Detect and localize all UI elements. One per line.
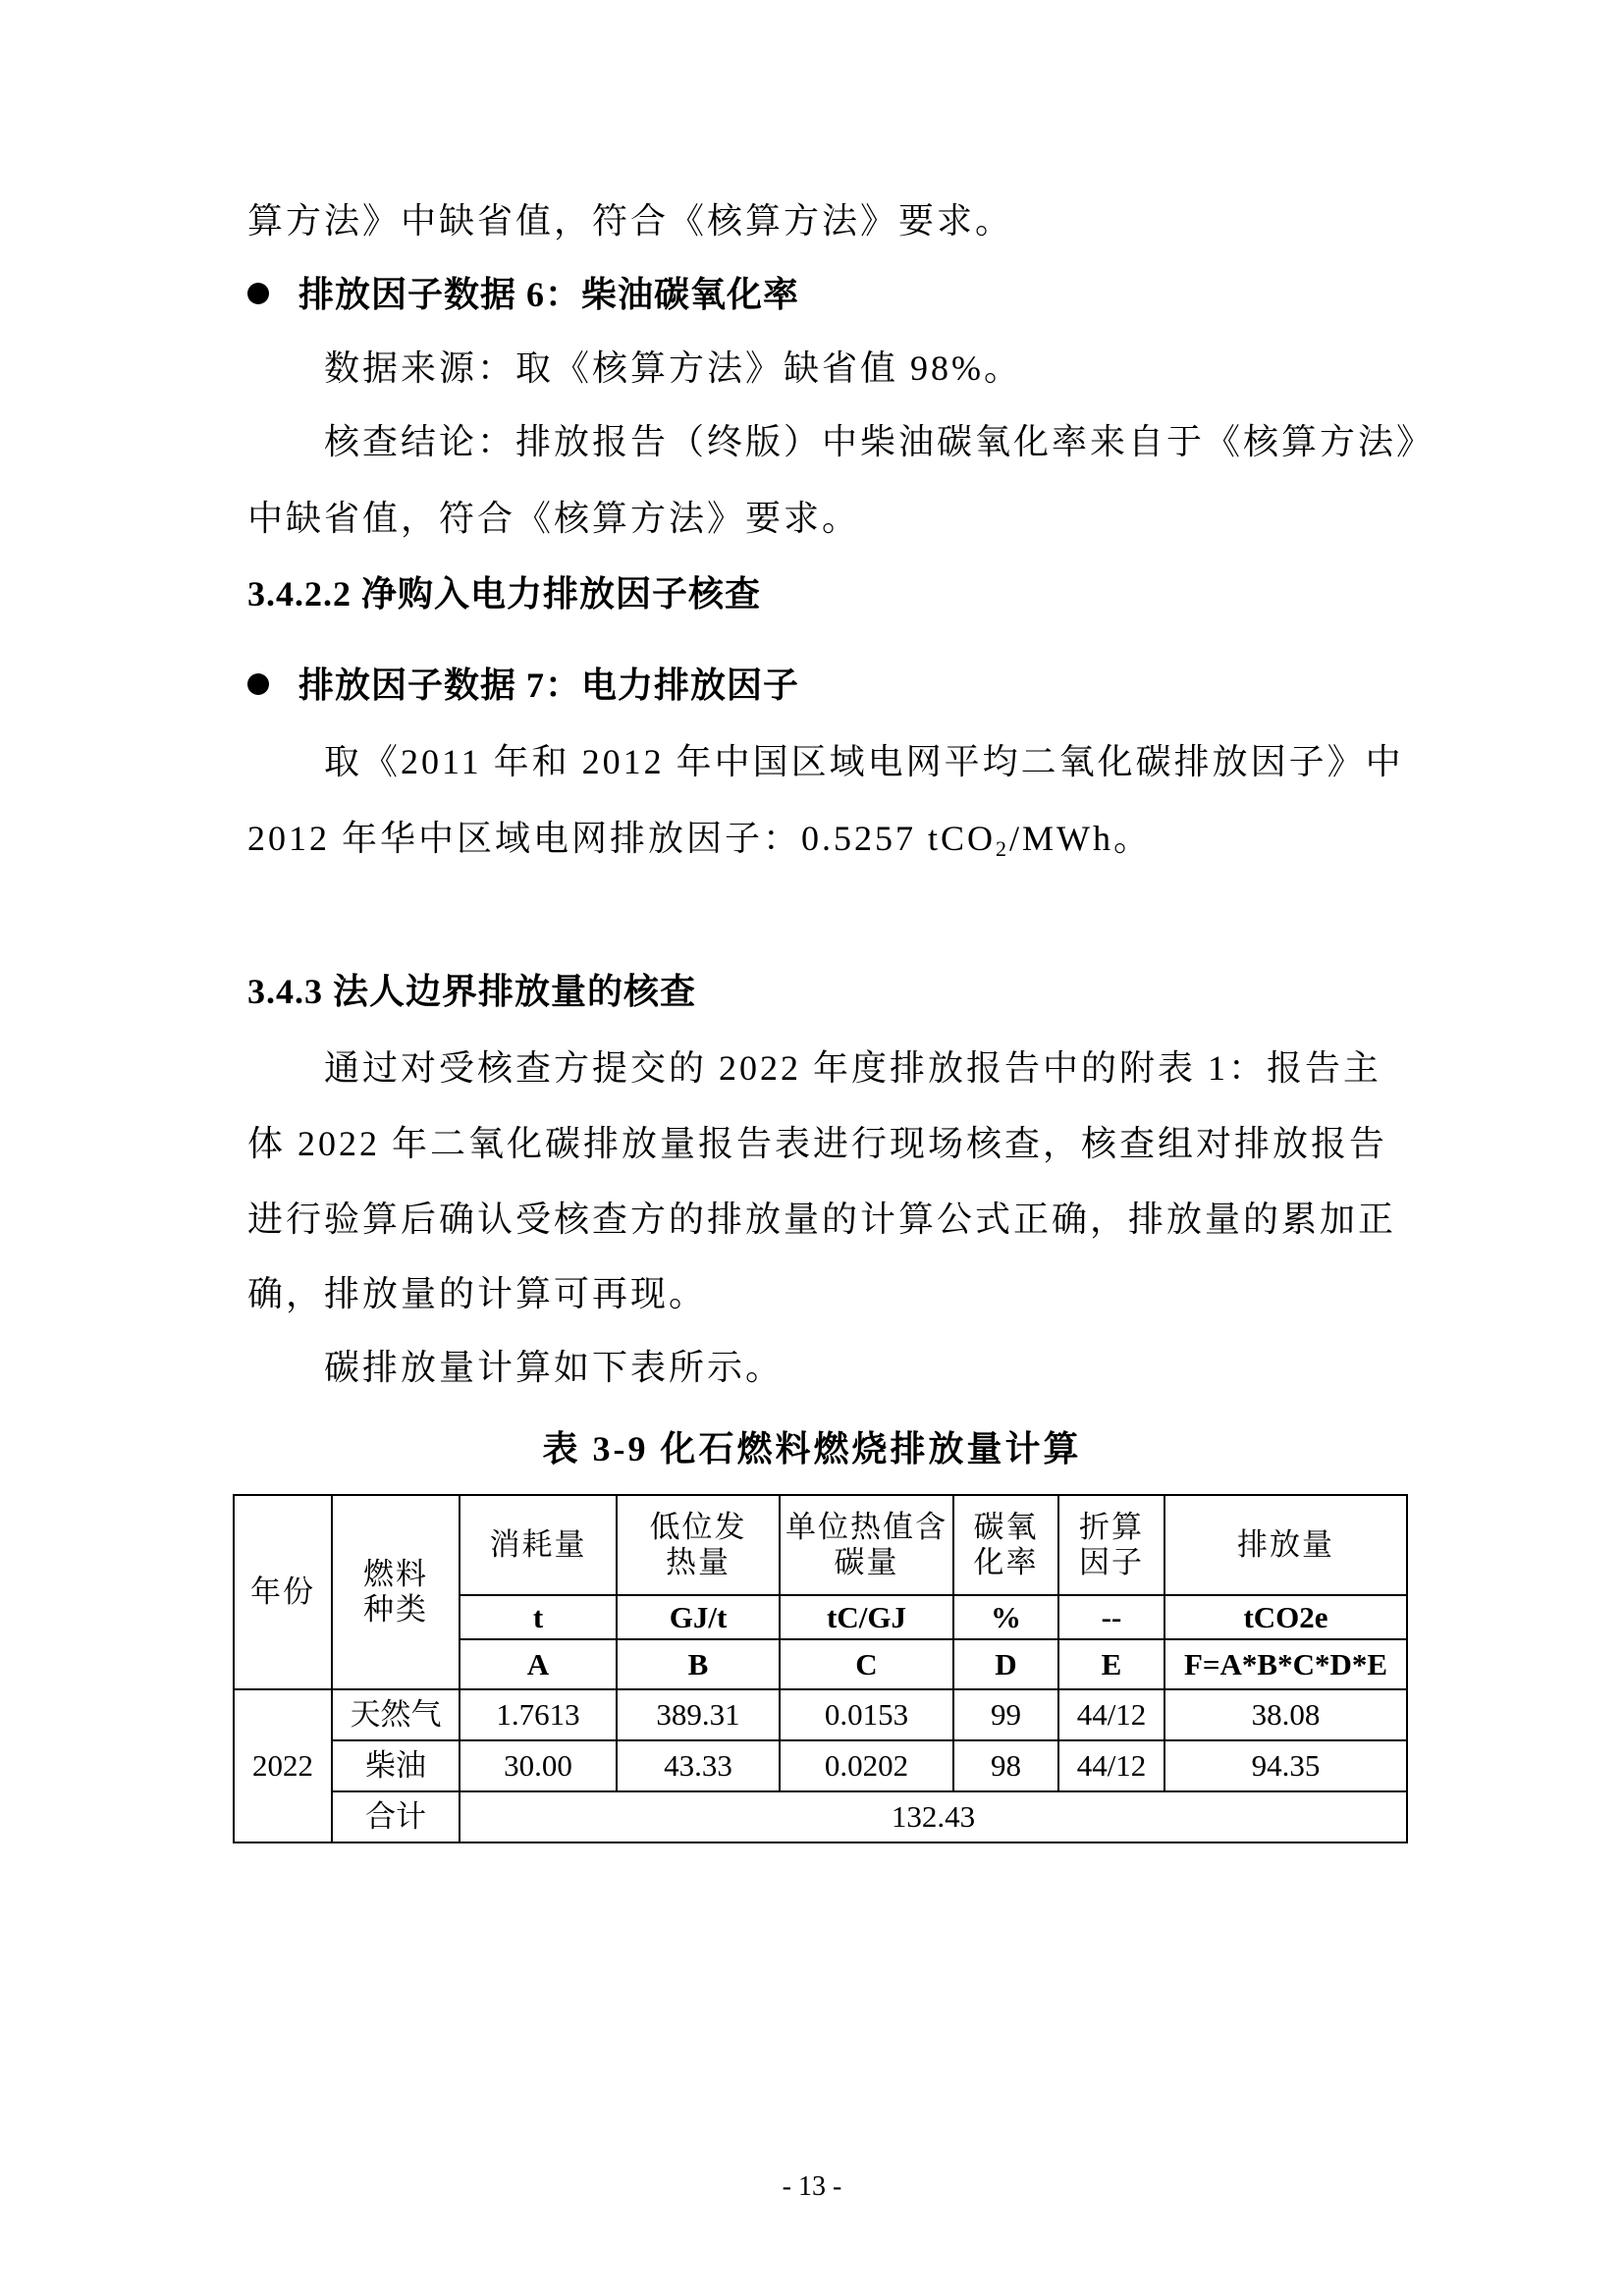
unit-cell: tCO2e [1164, 1595, 1407, 1639]
data-source-paragraph: 数据来源：取《核算方法》缺省值 98%。 [324, 348, 1022, 388]
header-ncv-line1: 低位发 [650, 1510, 747, 1544]
value-cell: 0.0202 [780, 1740, 953, 1791]
section-343-line1: 通过对受核查方提交的 2022 年度排放报告中的附表 1：报告主 [324, 1048, 1381, 1088]
table-row: 柴油 30.00 43.33 0.0202 98 44/12 94.35 [234, 1740, 1407, 1791]
header-cc-line2: 碳量 [835, 1545, 899, 1579]
section-343-line5: 碳排放量计算如下表所示。 [324, 1348, 784, 1387]
total-value: 132.43 [460, 1791, 1407, 1842]
conclusion-paragraph-line1: 核查结论：排放报告（终版）中柴油碳氧化率来自于《核算方法》 [324, 422, 1435, 461]
symbol-cell: E [1058, 1639, 1164, 1689]
table-total-row: 合计 132.43 [234, 1791, 1407, 1842]
electricity-factor-unit: /MWh。 [1009, 819, 1152, 858]
electricity-factor-text: 2012 年华中区域电网排放因子：0.5257 tCO [247, 819, 996, 858]
value-cell: 43.33 [617, 1740, 780, 1791]
bullet-heading-text: 排放因子数据 7：电力排放因子 [298, 666, 799, 705]
unit-cell: % [953, 1595, 1058, 1639]
bullet-heading-factor-6: 排放因子数据 6：柴油碳氧化率 [247, 275, 799, 314]
bullet-heading-text: 排放因子数据 6：柴油碳氧化率 [298, 275, 799, 314]
symbol-cell: C [780, 1639, 953, 1689]
header-cc-line1: 单位热值含 [785, 1510, 947, 1544]
table-row: 2022 天然气 1.7613 389.31 0.0153 99 44/12 3… [234, 1689, 1407, 1740]
header-conversion-factor: 折算因子 [1058, 1495, 1164, 1595]
header-ncv: 低位发热量 [617, 1495, 780, 1595]
unit-cell: tC/GJ [780, 1595, 953, 1639]
section-heading-3422: 3.4.2.2 净购入电力排放因子核查 [247, 574, 761, 614]
value-cell: 94.35 [1164, 1740, 1407, 1791]
unit-cell: -- [1058, 1595, 1164, 1639]
fuel-cell: 天然气 [332, 1689, 460, 1740]
value-cell: 1.7613 [460, 1689, 617, 1740]
value-cell: 38.08 [1164, 1689, 1407, 1740]
total-label: 合计 [332, 1791, 460, 1842]
conclusion-paragraph-line2: 中缺省值，符合《核算方法》要求。 [247, 499, 860, 538]
section-343-line2: 体 2022 年二氧化碳排放量报告表进行现场核查，核查组对排放报告 [247, 1124, 1387, 1163]
section-343-line3: 进行验算后确认受核查方的排放量的计算公式正确，排放量的累加正 [247, 1200, 1396, 1239]
header-conv-line1: 折算 [1079, 1510, 1144, 1544]
bullet-heading-factor-7: 排放因子数据 7：电力排放因子 [247, 666, 799, 705]
bullet-icon [247, 673, 269, 695]
fuel-cell: 柴油 [332, 1740, 460, 1791]
unit-cell: t [460, 1595, 617, 1639]
header-ox-line2: 化率 [974, 1545, 1039, 1579]
year-cell: 2022 [234, 1689, 332, 1842]
bullet-icon [247, 283, 269, 304]
symbol-cell: B [617, 1639, 780, 1689]
section-heading-343: 3.4.3 法人边界排放量的核查 [247, 972, 696, 1011]
header-fuel-line1: 燃料 [363, 1557, 428, 1591]
value-cell: 44/12 [1058, 1689, 1164, 1740]
header-ox-line1: 碳氧 [974, 1510, 1039, 1544]
header-emission: 排放量 [1164, 1495, 1407, 1595]
value-cell: 30.00 [460, 1740, 617, 1791]
table-header-row: 年份 燃料种类 消耗量 低位发热量 单位热值含碳量 碳氧化率 折算因子 排放量 [234, 1495, 1407, 1595]
table-caption: 表 3-9 化石燃料燃烧排放量计算 [0, 1421, 1624, 1471]
header-fuel-type: 燃料种类 [332, 1495, 460, 1689]
symbol-cell: D [953, 1639, 1058, 1689]
electricity-factor-line1: 取《2011 年和 2012 年中国区域电网平均二氧化碳排放因子》中 [324, 742, 1404, 781]
value-cell: 44/12 [1058, 1740, 1164, 1791]
emission-calc-table: 年份 燃料种类 消耗量 低位发热量 单位热值含碳量 碳氧化率 折算因子 排放量 … [233, 1494, 1408, 1843]
value-cell: 0.0153 [780, 1689, 953, 1740]
paragraph-continuation: 算方法》中缺省值，符合《核算方法》要求。 [247, 201, 1013, 240]
header-fuel-line2: 种类 [363, 1592, 428, 1627]
page-number: - 13 - [0, 2171, 1624, 2203]
symbol-cell: A [460, 1639, 617, 1689]
header-carbon-content: 单位热值含碳量 [780, 1495, 953, 1595]
header-year: 年份 [234, 1495, 332, 1689]
symbol-cell: F=A*B*C*D*E [1164, 1639, 1407, 1689]
unit-cell: GJ/t [617, 1595, 780, 1639]
section-343-line4: 确，排放量的计算可再现。 [247, 1274, 707, 1313]
value-cell: 99 [953, 1689, 1058, 1740]
header-oxidation-rate: 碳氧化率 [953, 1495, 1058, 1595]
value-cell: 389.31 [617, 1689, 780, 1740]
electricity-factor-line2: 2012 年华中区域电网排放因子：0.5257 tCO2/MWh。 [247, 819, 1152, 858]
header-consumption: 消耗量 [460, 1495, 617, 1595]
value-cell: 98 [953, 1740, 1058, 1791]
header-ncv-line2: 热量 [666, 1545, 731, 1579]
header-conv-line2: 因子 [1079, 1545, 1144, 1579]
subscript-2: 2 [996, 836, 1009, 861]
